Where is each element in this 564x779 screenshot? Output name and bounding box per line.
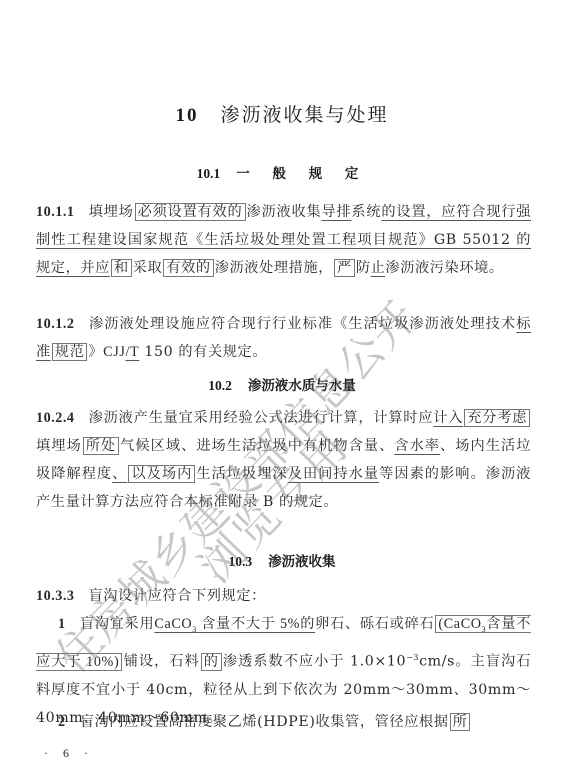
text: 生活垃圾埋深 — [196, 466, 287, 482]
text: 盲沟设计应符合下列规定： — [88, 588, 265, 604]
text: (CaCO — [438, 616, 481, 632]
revision-underline: 及田间持水量 — [288, 466, 379, 482]
revision-underline: 计入 — [433, 410, 463, 426]
section-title-text: 渗沥液收集 — [268, 554, 336, 570]
revision-underline: /T — [125, 344, 139, 360]
revision-underline: 导排 — [321, 204, 351, 220]
revision-box: 所处 — [83, 437, 119, 455]
revision-underline: 、 — [112, 466, 127, 482]
text: 含量不大于 5%的 — [197, 616, 315, 632]
revision-box: 必须设置有效的 — [135, 203, 246, 221]
text: 防 — [356, 260, 371, 276]
section-title-text: 一 般 规 定 — [236, 166, 367, 182]
page-number: · 6 · — [44, 746, 94, 761]
revision-underline: 含水率 — [394, 438, 440, 454]
text: 150 的有关规定。 — [139, 344, 267, 360]
text: 盲沟宜采用 — [80, 616, 155, 632]
text: 填埋场 — [36, 438, 82, 454]
clause-number: 10.2.4 — [36, 410, 74, 426]
section-number: 10.3 — [228, 554, 252, 569]
clause-number: 10.1.2 — [36, 316, 74, 332]
chapter-title: 10渗沥液收集与处理 — [0, 100, 564, 127]
text: 渗沥液处理设施应符合现行行业标准《生活垃圾渗沥液处理技术 — [88, 316, 516, 332]
clause-10-1-1: 10.1.1填埋场必须设置有效的渗沥液收集导排系统的设置，应符合现行强制性工程建… — [36, 198, 531, 282]
text: 系统 — [351, 204, 381, 220]
superscript: −3 — [406, 653, 419, 662]
text: 》CJJ — [88, 344, 125, 360]
item-number: 1 — [58, 616, 66, 632]
clause-10-1-2: 10.1.2渗沥液处理设施应符合现行行业标准《生活垃圾渗沥液处理技术标准规范》C… — [36, 310, 531, 366]
text: 渗沥液处理措施， — [215, 260, 333, 276]
section-number: 10.1 — [197, 166, 221, 181]
revision-box: 所 — [450, 713, 471, 731]
text: 铺设，石料 — [123, 654, 199, 670]
revision-box: 严 — [334, 259, 355, 277]
text: 渗透系数不应小于 1.0×10 — [223, 654, 406, 670]
section-number: 10.2 — [208, 378, 232, 393]
revision-underline: 止 — [371, 260, 386, 276]
chapter-title-text: 渗沥液收集与处理 — [220, 104, 388, 126]
text: 渗沥液污染环境。 — [385, 260, 503, 276]
revision-box: 的 — [201, 653, 222, 671]
section-title-10-3: 10.3渗沥液收集 — [0, 550, 564, 570]
revision-underline: CaCO3 含量不大于 5%的 — [154, 616, 315, 632]
clause-10-2-4: 10.2.4渗沥液产生量宜采用经验公式法进行计算，计算时应计入充分考虑填埋场所处… — [36, 404, 531, 516]
item-number: 2 — [58, 714, 66, 730]
revision-box: 有效的 — [163, 259, 213, 277]
text: 盲沟内应设置高密度聚乙烯(HDPE)收集管，管径应根据 — [80, 714, 449, 730]
clause-number: 10.3.3 — [36, 588, 74, 604]
revision-box: 充分考虑 — [464, 409, 530, 427]
text: 气候区域、进场生活垃圾中有机物含量、 — [120, 438, 394, 454]
revision-box: 和 — [111, 259, 132, 277]
clause-10-3-3-item-2: 2盲沟内应设置高密度聚乙烯(HDPE)收集管，管径应根据所 — [36, 708, 531, 736]
revision-box: 规范 — [52, 343, 88, 361]
text: 渗沥液收集 — [247, 204, 322, 220]
document-page: 10渗沥液收集与处理 10.1一 般 规 定 10.1.1填埋场必须设置有效的渗… — [0, 0, 564, 779]
section-title-10-1: 10.1一 般 规 定 — [0, 162, 564, 182]
text: 采取 — [133, 260, 163, 276]
revision-box: 以及场内 — [128, 465, 195, 483]
text: 渗沥液产生量宜采用经验公式法进行计算，计算时应 — [88, 410, 433, 426]
text: 填埋场 — [88, 204, 133, 220]
text: 卵石、砾石或碎石 — [315, 616, 434, 632]
section-title-text: 渗沥液水质与水量 — [248, 378, 356, 394]
clause-number: 10.1.1 — [36, 204, 74, 220]
clause-10-3-3: 10.3.3盲沟设计应符合下列规定： — [36, 582, 531, 610]
section-title-10-2: 10.2渗沥液水质与水量 — [0, 374, 564, 394]
text: CaCO — [154, 616, 192, 632]
chapter-number: 10 — [175, 105, 198, 126]
